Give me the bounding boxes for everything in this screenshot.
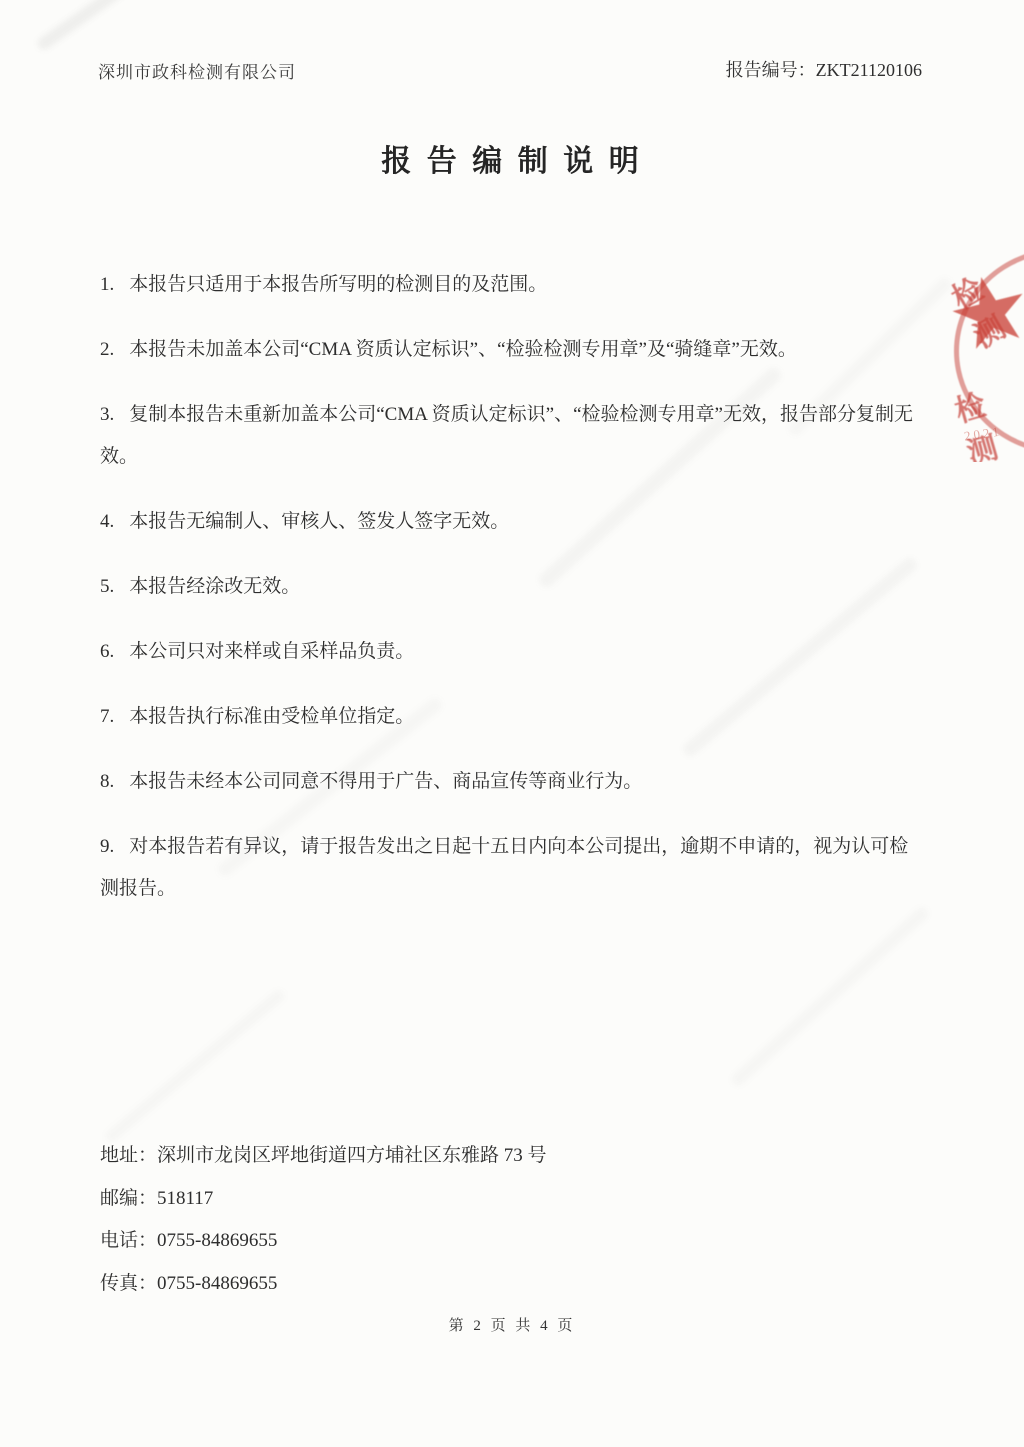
note-item: 4.本报告无编制人、审核人、签发人签字无效。 <box>100 501 924 543</box>
phone-value: 0755-84869655 <box>157 1230 277 1251</box>
note-text: 对本报告若有异议，请于报告发出之日起十五日内向本公司提出，逾期不申请的，视为认可… <box>100 836 908 899</box>
report-number-value: ZKT21120106 <box>816 60 922 80</box>
note-text: 本报告无编制人、审核人、签发人签字无效。 <box>129 511 509 532</box>
seal-bottom-text: 检测 <box>949 371 1024 462</box>
note-text: 本报告只适用于本报告所写明的检测目的及范围。 <box>129 274 547 295</box>
note-number: 9. <box>100 836 114 857</box>
address-value: 深圳市龙岗区坪地街道四方埔社区东雅路 73 号 <box>157 1145 547 1166</box>
fax-label: 传真： <box>100 1273 157 1294</box>
contact-block: 地址：深圳市龙岗区坪地街道四方埔社区东雅路 73 号 邮编：518117 电话：… <box>100 1135 800 1305</box>
star-icon: ★ <box>946 257 1024 369</box>
contact-zip: 邮编：518117 <box>100 1178 800 1221</box>
note-text: 本报告执行标准由受检单位指定。 <box>129 706 414 727</box>
note-number: 1. <box>100 274 114 295</box>
note-number: 6. <box>100 641 114 662</box>
note-text: 本报告经涂改无效。 <box>129 576 300 597</box>
address-label: 地址： <box>100 1145 157 1166</box>
seal-ring <box>954 248 1024 454</box>
company-name: 深圳市政科检测有限公司 <box>98 58 296 83</box>
watermark-trace <box>103 987 287 1144</box>
note-text: 复制本报告未重新加盖本公司“CMA 资质认定标识”、“检验检测专用章”无效，报告… <box>100 404 913 467</box>
red-seal-stamp: 检测 ★ 检测 2021 <box>946 240 1024 462</box>
note-item: 6.本公司只对来样或自采样品负责。 <box>100 631 924 673</box>
note-number: 8. <box>100 771 114 792</box>
report-number: 报告编号：ZKT21120106 <box>726 56 922 82</box>
contact-phone: 电话：0755-84869655 <box>100 1220 800 1263</box>
contact-fax: 传真：0755-84869655 <box>100 1263 800 1306</box>
seal-digits: 2021 <box>963 423 1003 444</box>
note-number: 4. <box>100 511 114 532</box>
note-text: 本报告未加盖本公司“CMA 资质认定标识”、“检验检测专用章”及“骑缝章”无效。 <box>129 339 797 360</box>
note-item: 3.复制本报告未重新加盖本公司“CMA 资质认定标识”、“检验检测专用章”无效，… <box>100 394 924 478</box>
seal-top-text: 检测 <box>946 248 1024 356</box>
report-number-label: 报告编号： <box>726 60 816 80</box>
note-number: 7. <box>100 706 114 727</box>
note-item: 2.本报告未加盖本公司“CMA 资质认定标识”、“检验检测专用章”及“骑缝章”无… <box>100 329 924 371</box>
phone-label: 电话： <box>100 1230 157 1251</box>
note-text: 本公司只对来样或自采样品负责。 <box>129 641 414 662</box>
note-item: 5.本报告经涂改无效。 <box>100 566 924 608</box>
note-text: 本报告未经本公司同意不得用于广告、商品宣传等商业行为。 <box>129 771 642 792</box>
note-number: 3. <box>100 404 114 425</box>
page-number: 第 2 页 共 4 页 <box>0 1314 1024 1335</box>
zip-value: 518117 <box>157 1188 213 1209</box>
note-number: 5. <box>100 576 114 597</box>
contact-address: 地址：深圳市龙岗区坪地街道四方埔社区东雅路 73 号 <box>100 1135 800 1178</box>
note-item: 8.本报告未经本公司同意不得用于广告、商品宣传等商业行为。 <box>100 761 924 803</box>
page-title: 报 告 编 制 说 明 <box>0 136 1024 180</box>
notes-list: 1.本报告只适用于本报告所写明的检测目的及范围。 2.本报告未加盖本公司“CMA… <box>100 264 924 933</box>
note-item: 7.本报告执行标准由受检单位指定。 <box>100 696 924 738</box>
note-number: 2. <box>100 339 114 360</box>
report-page: 深圳市政科检测有限公司 报告编号：ZKT21120106 报 告 编 制 说 明… <box>0 0 1024 1447</box>
scan-smudge <box>35 0 141 52</box>
note-item: 9.对本报告若有异议，请于报告发出之日起十五日内向本公司提出，逾期不申请的，视为… <box>100 826 924 910</box>
fax-value: 0755-84869655 <box>157 1273 277 1294</box>
note-item: 1.本报告只适用于本报告所写明的检测目的及范围。 <box>100 264 924 306</box>
zip-label: 邮编： <box>100 1188 157 1209</box>
